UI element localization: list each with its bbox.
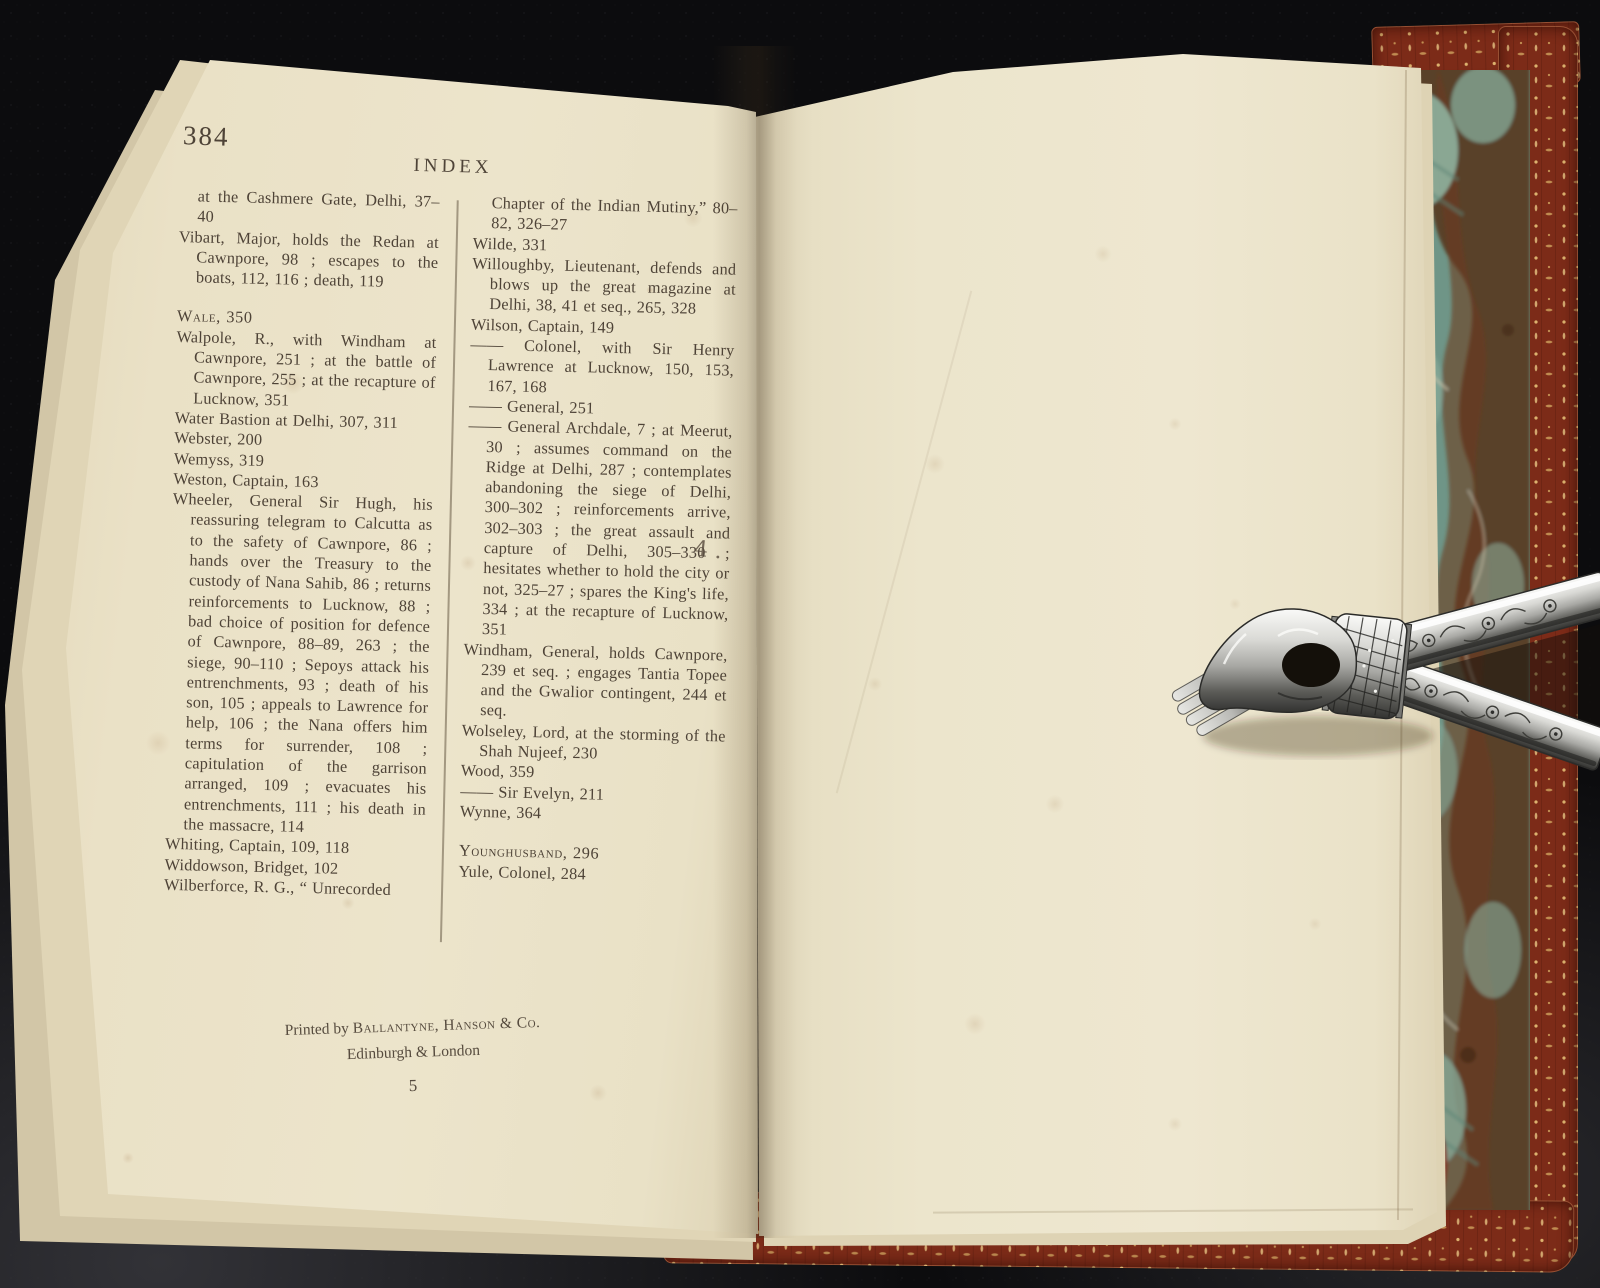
paper-crease-mark (836, 291, 973, 794)
column-divider-rule (440, 200, 458, 942)
signature-number: 5 (176, 1070, 650, 1102)
index-entry: Chapter of the Indian Mutiny,” 80–82, 32… (473, 193, 738, 240)
index-entry: Walpole, R., with Windham at Cawnpore, 2… (175, 327, 437, 414)
page-edge-line-bottom (933, 1208, 1413, 1213)
index-entry: —— General Archdale, 7 ; at Meerut, 30 ;… (464, 416, 733, 645)
printer-imprint: Printed by Ballantyne, Hanson & Co. Edin… (175, 1007, 650, 1074)
index-entry: Wolseley, Lord, at the storming of the S… (461, 720, 726, 767)
index-entry: at the Cashmere Gate, Delhi, 37–40 (179, 186, 440, 232)
index-entry: Wheeler, General Sir Hugh, his reassurin… (165, 489, 433, 840)
index-entry: Windham, General, holds Cawnpore, 239 et… (462, 639, 728, 726)
book-clasp (1128, 538, 1600, 838)
index-entry: —— Colonel, with Sir Henry Lawrence at L… (469, 335, 734, 402)
clasp-shadow (1203, 716, 1433, 756)
index-column-left: at the Cashmere Gate, Delhi, 37–40 Vibar… (164, 186, 440, 901)
index-entry: Vibart, Major, holds the Redan at Cawnpo… (178, 227, 439, 294)
imprint-printer-name: Ballantyne, Hanson & Co. (352, 1014, 540, 1037)
photo-scene: 384 INDEX at the Cashmere Gate, Delhi, 3… (0, 0, 1600, 1288)
imprint-location: Edinburgh & London (347, 1042, 481, 1063)
imprint-prefix: Printed by (284, 1020, 353, 1039)
index-entry: Willoughby, Lieutenant, defends and blow… (471, 254, 736, 321)
pencil-annotation: 4 (693, 537, 723, 565)
index-heading: INDEX (338, 153, 569, 181)
page-number: 384 (182, 120, 230, 153)
index-columns: at the Cashmere Gate, Delhi, 37–40 Vibar… (180, 186, 746, 199)
book-left-page: 384 INDEX at the Cashmere Gate, Delhi, 3… (38, 38, 768, 1254)
